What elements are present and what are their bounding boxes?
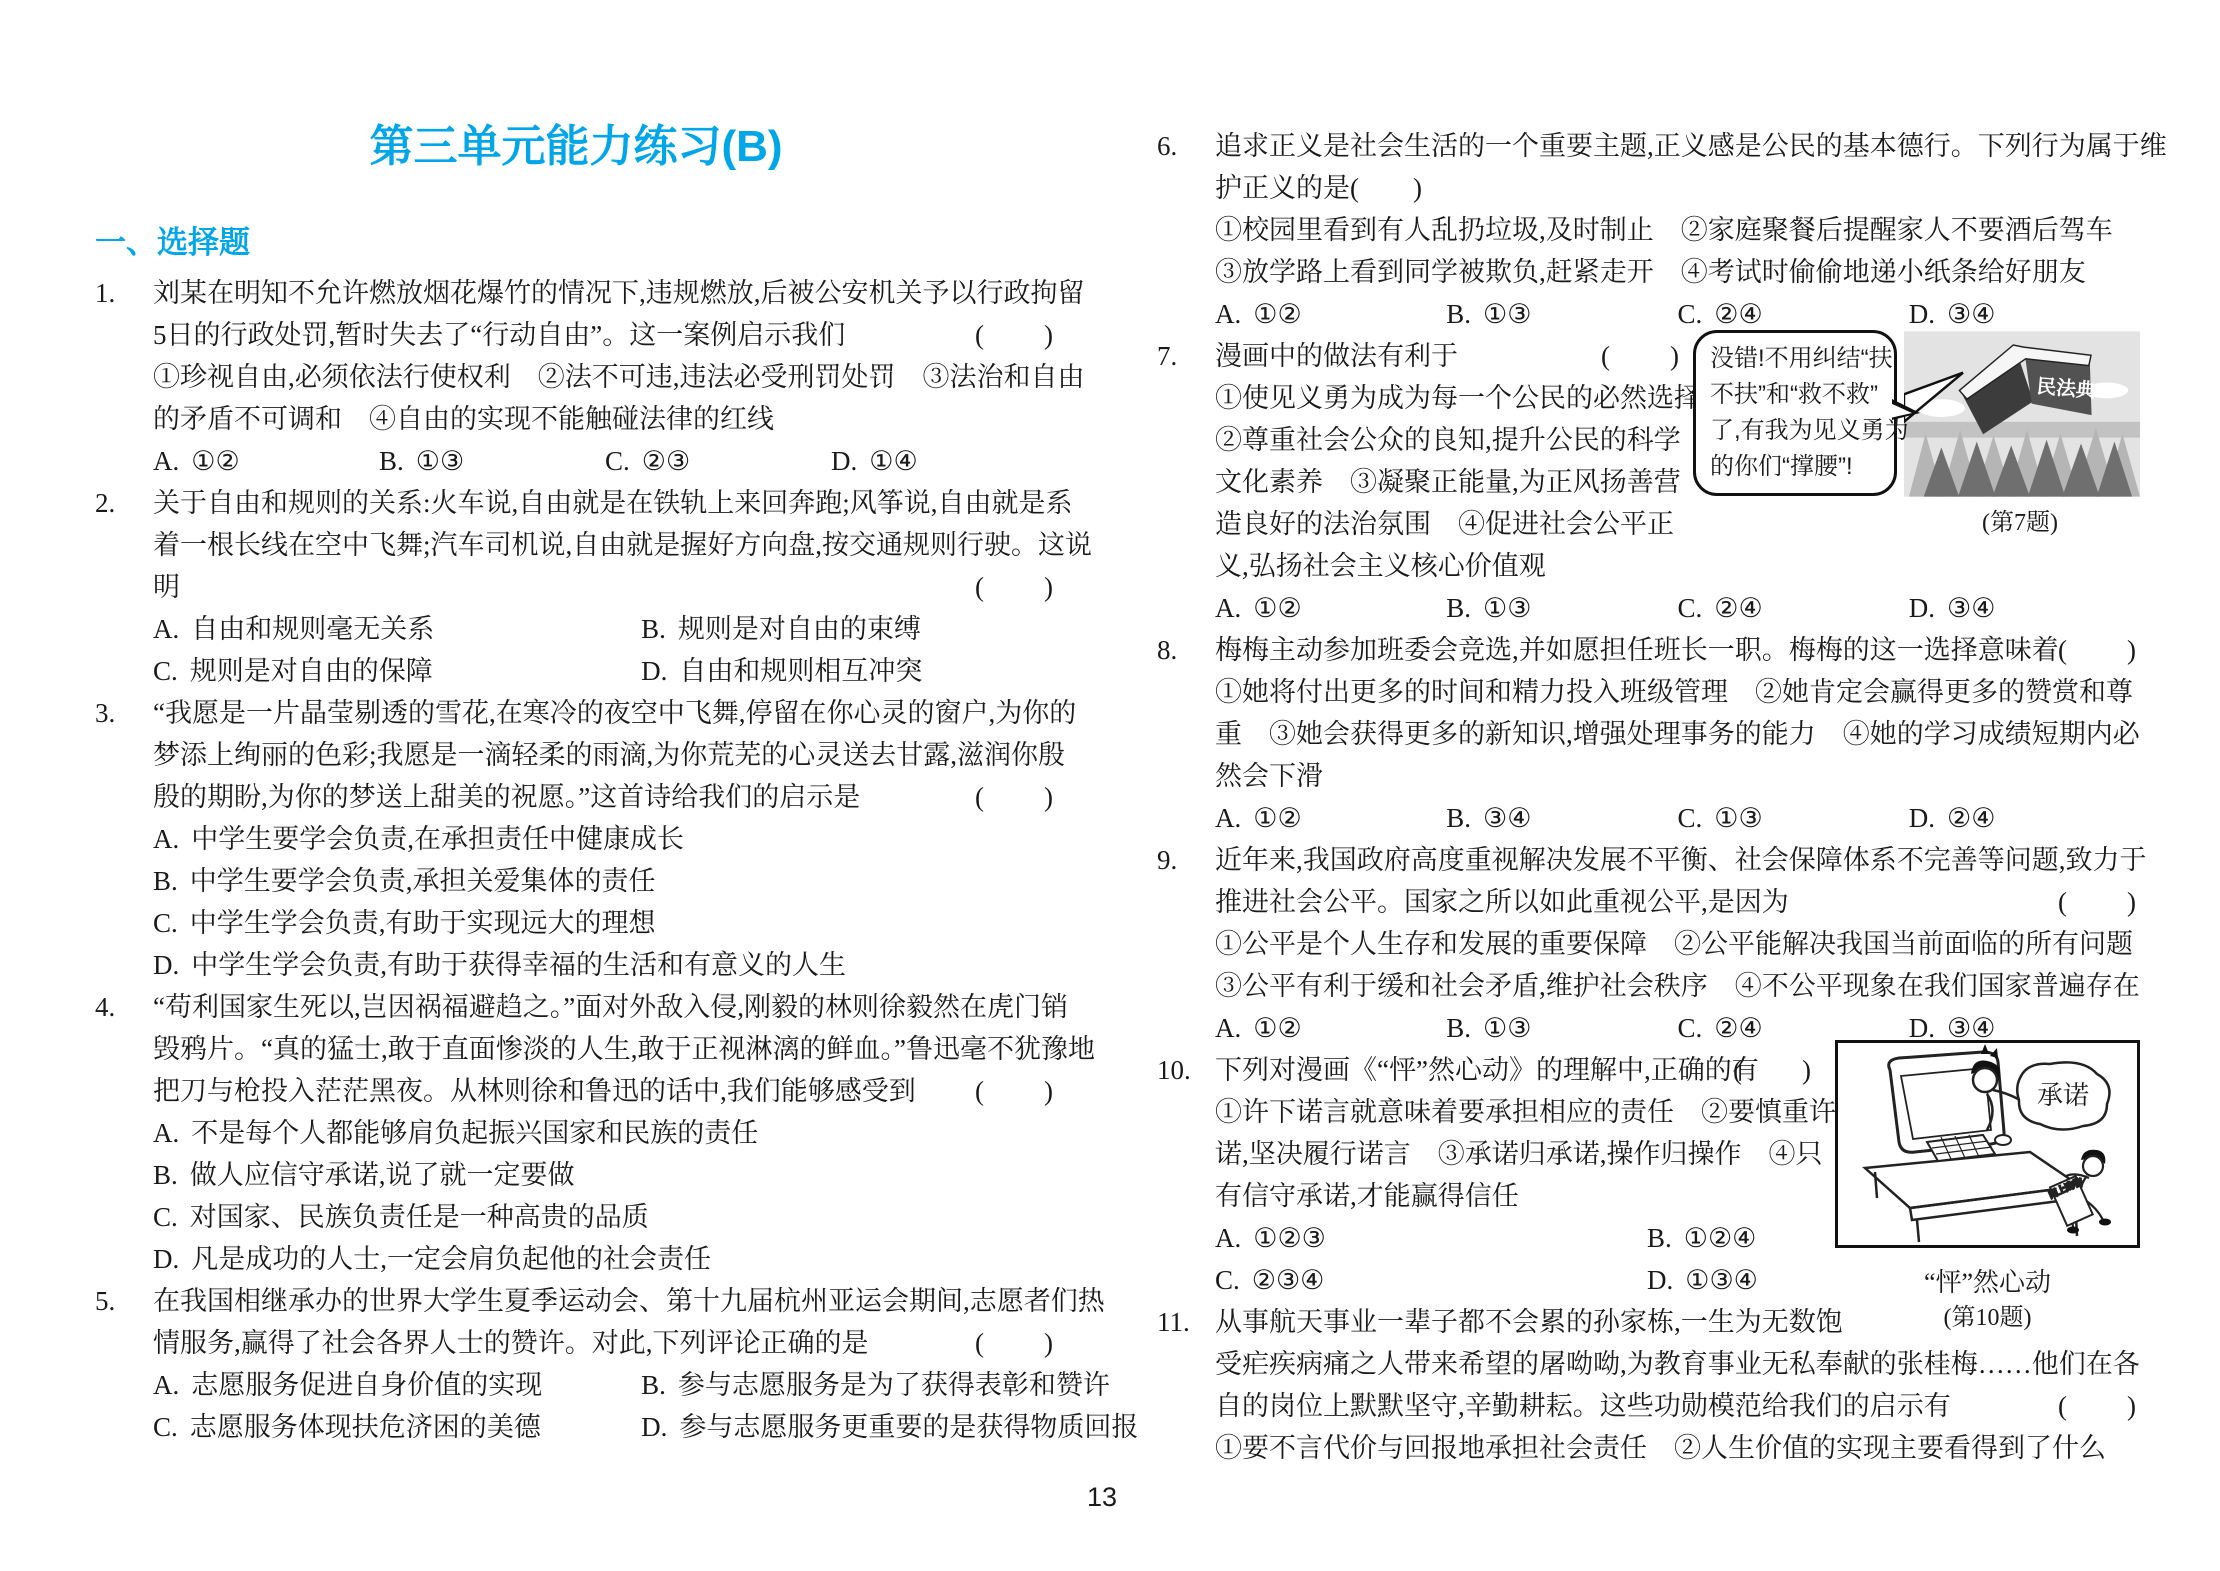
option-text: ①②③ — [1253, 1223, 1326, 1253]
option-text: ①② — [1253, 299, 1301, 329]
option-label: A. — [1215, 593, 1241, 623]
option: B.①②④ — [1647, 1217, 1815, 1259]
promise-label: 承诺 — [2037, 1081, 2089, 1110]
question-number: 1. — [95, 272, 153, 314]
answer-bracket: ( ) — [975, 1070, 1055, 1112]
answer-bracket: ( ) — [2058, 1385, 2138, 1427]
question-text: ①要不言代价与回报地承担社会责任 ②人生价值的实现主要看得到了什么 — [1215, 1433, 2106, 1463]
option: D.①④ — [831, 440, 1057, 482]
question-line: ①要不言代价与回报地承担社会责任 ②人生价值的实现主要看得到了什么 — [1215, 1427, 2140, 1469]
question-text: ③公平有利于缓和社会矛盾,维护社会秩序 ④不公平现象在我们国家普遍存在 — [1215, 971, 2140, 1001]
left-column: 第三单元能力练习(B) 一、选择题 1.刘某在明知不允许燃放烟花爆竹的情况下,违… — [95, 118, 1057, 1448]
option-label: A. — [153, 446, 179, 476]
option: B.①③ — [1446, 1007, 1677, 1049]
question-body: 梅梅主动参加班委会竞选,并如愿担任班长一职。梅梅的这一选择意味着( )①她将付出… — [1215, 629, 2140, 839]
question-text: ①许下诺言就意味着要承担相应的责任 ②要慎重许 — [1215, 1097, 1836, 1127]
question-line: ①她将付出更多的时间和精力投入班级管理 ②她肯定会赢得更多的赞赏和尊 — [1215, 671, 2140, 713]
option-text: ①③ — [1714, 803, 1762, 833]
right-column: 6.追求正义是社会生活的一个重要主题,正义感是公民的基本德行。下列行为属于维护正… — [1157, 125, 2140, 1469]
option: D.③④ — [1909, 587, 2140, 629]
question-number: 4. — [95, 986, 153, 1028]
option-text: 参与志愿服务是为了获得表彰和赞许 — [678, 1370, 1110, 1400]
question-text: ①她将付出更多的时间和精力投入班级管理 ②她肯定会赢得更多的赞赏和尊 — [1215, 677, 2133, 707]
question-text: 漫画中的做法有利于 — [1215, 341, 1458, 371]
question-number: 3. — [95, 692, 153, 734]
question-line: 有信守承诺,才能赢得信任 — [1215, 1175, 1815, 1217]
option-label: A. — [153, 824, 179, 854]
option: A.①② — [1215, 1007, 1446, 1049]
option-label: D. — [641, 1412, 667, 1442]
question-text: 5日的行政处罚,暂时失去了“行动自由”。这一案例启示我们 — [153, 320, 845, 350]
question-line: 下列对漫画《“怦”然心动》的理解中,正确的有( ) — [1215, 1049, 1815, 1091]
option-label: D. — [153, 1244, 179, 1274]
option-text: 规则是对自由的保障 — [190, 656, 433, 686]
option: B.①③ — [1446, 293, 1677, 335]
option: B.①③ — [379, 440, 605, 482]
question-line: 刘某在明知不允许燃放烟花爆竹的情况下,违规燃放,后被公安机关予以行政拘留 — [153, 272, 1057, 314]
options-row: A.①②B.①③C.②④D.③④ — [1215, 293, 2140, 335]
option: A.①② — [153, 440, 379, 482]
option-label: B. — [1446, 299, 1471, 329]
option-label: A. — [1215, 1223, 1241, 1253]
option-text: ①④ — [869, 446, 917, 476]
question: 8.梅梅主动参加班委会竞选,并如愿担任班长一职。梅梅的这一选择意味着( )①她将… — [1157, 629, 2140, 839]
question-line: ①许下诺言就意味着要承担相应的责任 ②要慎重许 — [1215, 1091, 1815, 1133]
question-line: ①珍视自由,必须依法行使权利 ②法不可违,违法必受刑罚处罚 ③法治和自由 — [153, 356, 1057, 398]
question-text: ③放学路上看到同学被欺负,赶紧走开 ④考试时偷偷地递小纸条给好朋友 — [1215, 257, 2086, 287]
question-text: “我愿是一片晶莹剔透的雪花,在寒冷的夜空中飞舞,停留在你心灵的窗户,为你的 — [153, 698, 1076, 728]
question-line: 把刀与枪投入茫茫黑夜。从林则徐和鲁迅的话中,我们能够感受到( ) — [153, 1070, 1057, 1112]
question-line: 护正义的是( ) — [1215, 167, 2140, 209]
option-label: D. — [641, 656, 667, 686]
question-line: 重 ③她会获得更多的新知识,增强处理事务的能力 ④她的学习成绩短期内必 — [1215, 713, 2140, 755]
question-number: 11. — [1157, 1301, 1215, 1343]
question-line: 推进社会公平。国家之所以如此重视公平,是因为( ) — [1215, 881, 2140, 923]
question-text: 着一根长线在空中飞舞;汽车司机说,自由就是握好方向盘,按交通规则行驶。这说 — [153, 530, 1092, 560]
question-number: 7. — [1157, 335, 1215, 377]
option-label: B. — [1446, 593, 1471, 623]
option: A.自由和规则毫无关系 — [153, 608, 641, 650]
question-text: 的矛盾不可调和 ④自由的实现不能触碰法律的红线 — [153, 404, 774, 434]
option: B.中学生要学会负责,承担关爱集体的责任 — [153, 860, 1057, 902]
option-text: 中学生学会负责,有助于获得幸福的生活和有意义的人生 — [191, 950, 846, 980]
question-body: 关于自由和规则的关系:火车说,自由就是在铁轨上来回奔跑;风筝说,自由就是系着一根… — [153, 482, 1057, 692]
option: D.①③④ — [1647, 1259, 1815, 1301]
option-text: ②③④ — [1252, 1265, 1325, 1295]
question-text: 关于自由和规则的关系:火车说,自由就是在铁轨上来回奔跑;风筝说,自由就是系 — [153, 488, 1073, 518]
option-label: A. — [1215, 803, 1241, 833]
option: B.①③ — [1446, 587, 1677, 629]
option-text: ①③④ — [1685, 1265, 1758, 1295]
question-line: ①公平是个人生存和发展的重要保障 ②公平能解决我国当前面临的所有问题 — [1215, 923, 2140, 965]
q7-cartoon-row: 没错!不用纠结“扶 不扶”和“救不救” 了,有我为见义勇为 的你们“撑腰”! — [1693, 330, 2140, 498]
option: C.志愿服务体现扶危济困的美德 — [153, 1406, 641, 1448]
option: D.自由和规则相互冲突 — [641, 650, 1057, 692]
option: C.规则是对自由的保障 — [153, 650, 641, 692]
option-text: ①② — [191, 446, 239, 476]
option-label: A. — [153, 1370, 179, 1400]
option-text: ③④ — [1947, 593, 1995, 623]
bubble-line: 了,有我为见义勇为 — [1710, 413, 1882, 449]
question-text: 刘某在明知不允许燃放烟花爆竹的情况下,违规燃放,后被公安机关予以行政拘留 — [153, 278, 1085, 308]
question-number: 2. — [95, 482, 153, 524]
question-text: 自的岗位上默默坚守,辛勤耕耘。这些功勋模范给我们的启示有 — [1215, 1391, 1951, 1421]
option-text: ①②④ — [1684, 1223, 1757, 1253]
answer-bracket: ( ) — [1733, 1049, 1813, 1091]
question-text: ②尊重社会公众的良知,提升公民的科学 — [1215, 425, 1681, 455]
answer-bracket: ( ) — [975, 1322, 1055, 1364]
bubble-line: 没错!不用纠结“扶 — [1710, 341, 1882, 377]
option-label: C. — [1678, 803, 1703, 833]
question: 6.追求正义是社会生活的一个重要主题,正义感是公民的基本德行。下列行为属于维护正… — [1157, 125, 2140, 335]
option-label: D. — [1909, 593, 1935, 623]
option: D.中学生学会负责,有助于获得幸福的生活和有意义的人生 — [153, 944, 1057, 986]
option-label: C. — [1678, 299, 1703, 329]
option: D.凡是成功的人士,一定会肩负起他的社会责任 — [153, 1238, 1057, 1280]
question-line: 文化素养 ③凝聚正能量,为正风扬善营 — [1215, 461, 1683, 503]
question-text: 情服务,赢得了社会各界人士的赞许。对此,下列评论正确的是 — [153, 1328, 869, 1358]
civil-code-book-illustration: 民法典 — [1904, 330, 2140, 498]
option-label: C. — [153, 1202, 178, 1232]
question-line: 情服务,赢得了社会各界人士的赞许。对此,下列评论正确的是( ) — [153, 1322, 1057, 1364]
question-line: “苟利国家生死以,岂因祸福避趋之。”面对外敌入侵,刚毅的林则徐毅然在虎门销 — [153, 986, 1057, 1028]
question-line: 梦添上绚丽的色彩;我愿是一滴轻柔的雨滴,为你荒芜的心灵送去甘露,滋润你殷 — [153, 734, 1057, 776]
question-text: 在我国相继承办的世界大学生夏季运动会、第十九届杭州亚运会期间,志愿者们热 — [153, 1286, 1105, 1316]
question-line: 的矛盾不可调和 ④自由的实现不能触碰法律的红线 — [153, 398, 1057, 440]
option: D.③④ — [1909, 293, 2140, 335]
option-text: 中学生要学会负责,在承担责任中健康成长 — [191, 824, 684, 854]
question-text: 梦添上绚丽的色彩;我愿是一滴轻柔的雨滴,为你荒芜的心灵送去甘露,滋润你殷 — [153, 740, 1065, 770]
question-text: 从事航天事业一辈子都不会累的孙家栋,一生为无数饱 — [1215, 1307, 1843, 1337]
question-number: 10. — [1157, 1049, 1215, 1091]
question: 3.“我愿是一片晶莹剔透的雪花,在寒冷的夜空中飞舞,停留在你心灵的窗户,为你的梦… — [95, 692, 1057, 986]
option-text: ③④ — [1483, 803, 1531, 833]
option-text: ②④ — [1714, 299, 1762, 329]
option-label: D. — [153, 950, 179, 980]
question-text: ①校园里看到有人乱扔垃圾,及时制止 ②家庭聚餐后提醒家人不要酒后驾车 — [1215, 215, 2113, 245]
promise-cartoon-illustration: 承诺 网上购物 — [1835, 1040, 2140, 1248]
question: 4.“苟利国家生死以,岂因祸福避趋之。”面对外敌入侵,刚毅的林则徐毅然在虎门销毁… — [95, 986, 1057, 1280]
question-body: 在我国相继承办的世界大学生夏季运动会、第十九届杭州亚运会期间,志愿者们热情服务,… — [153, 1280, 1057, 1448]
question-line: 毁鸦片。“真的猛士,敢于直面惨淡的人生,敢于正视淋漓的鲜血。”鲁迅毫不犹豫地 — [153, 1028, 1057, 1070]
option-text: 对国家、民族负责任是一种高贵的品质 — [190, 1202, 649, 1232]
answer-bracket: ( ) — [1601, 335, 1681, 377]
question-line: “我愿是一片晶莹剔透的雪花,在寒冷的夜空中飞舞,停留在你心灵的窗户,为你的 — [153, 692, 1057, 734]
question-line: 关于自由和规则的关系:火车说,自由就是在铁轨上来回奔跑;风筝说,自由就是系 — [153, 482, 1057, 524]
question-body: 刘某在明知不允许燃放烟花爆竹的情况下,违规燃放,后被公安机关予以行政拘留5日的行… — [153, 272, 1057, 482]
option-label: A. — [1215, 1013, 1241, 1043]
promise-bubble-icon: 承诺 — [2017, 1062, 2109, 1129]
option-text: ②④ — [1714, 1013, 1762, 1043]
question-text: ①使见义勇为成为每一个公民的必然选择 — [1215, 383, 1701, 413]
question-line: 造良好的法治氛围 ④促进社会公平正 — [1215, 503, 1683, 545]
option-text: 中学生学会负责,有助于实现远大的理想 — [190, 908, 656, 938]
option: A.①② — [1215, 293, 1446, 335]
option-text: 自由和规则毫无关系 — [191, 614, 434, 644]
option: C.②③④ — [1215, 1259, 1647, 1301]
option-text: 参与志愿服务更重要的是获得物质回报 — [679, 1412, 1138, 1442]
question-text: 诺,坚决履行诺言 ③承诺归承诺,操作归操作 ④只 — [1215, 1139, 1823, 1169]
question: 2.关于自由和规则的关系:火车说,自由就是在铁轨上来回奔跑;风筝说,自由就是系着… — [95, 482, 1057, 692]
option-label: D. — [1909, 803, 1935, 833]
option-text: ②④ — [1714, 593, 1762, 623]
question-number: 9. — [1157, 839, 1215, 881]
question-line: ③公平有利于缓和社会矛盾,维护社会秩序 ④不公平现象在我们国家普遍存在 — [1215, 965, 2140, 1007]
option-text: ①③ — [1483, 593, 1531, 623]
option: C.②④ — [1678, 587, 1909, 629]
question-text: 毁鸦片。“真的猛士,敢于直面惨淡的人生,敢于正视淋漓的鲜血。”鲁迅毫不犹豫地 — [153, 1034, 1095, 1064]
option-label: D. — [1909, 1013, 1935, 1043]
question-line: 自的岗位上默默坚守,辛勤耕耘。这些功勋模范给我们的启示有( ) — [1215, 1385, 2140, 1427]
option: A.志愿服务促进自身价值的实现 — [153, 1364, 641, 1406]
option-label: B. — [1647, 1223, 1672, 1253]
option-label: B. — [641, 1370, 666, 1400]
option: A.中学生要学会负责,在承担责任中健康成长 — [153, 818, 1057, 860]
question-line: 诺,坚决履行诺言 ③承诺归承诺,操作归操作 ④只 — [1215, 1133, 1815, 1175]
bubble-line: 不扶”和“救不救” — [1710, 377, 1882, 413]
question-line: 明( ) — [153, 566, 1057, 608]
question-text: 梅梅主动参加班委会竞选,并如愿担任班长一职。梅梅的这一选择意味着 — [1215, 635, 2059, 665]
option: C.②③ — [605, 440, 831, 482]
question-text: 有信守承诺,才能赢得信任 — [1215, 1181, 1519, 1211]
option-text: ①② — [1253, 593, 1301, 623]
question-line: 从事航天事业一辈子都不会累的孙家栋,一生为无数饱 — [1215, 1301, 1815, 1343]
question-line: 受疟疾病痛之人带来希望的屠呦呦,为教育事业无私奉献的张桂梅……他们在各 — [1215, 1343, 2140, 1385]
option-label: A. — [153, 614, 179, 644]
option: A.①② — [1215, 797, 1446, 839]
option-text: 规则是对自由的束缚 — [678, 614, 921, 644]
option-text: ②③ — [642, 446, 690, 476]
question-text: 文化素养 ③凝聚正能量,为正风扬善营 — [1215, 467, 1681, 497]
option: A.①② — [1215, 587, 1446, 629]
option-label: B. — [153, 1160, 178, 1190]
option-text: ①② — [1253, 1013, 1301, 1043]
question-body: “苟利国家生死以,岂因祸福避趋之。”面对外敌入侵,刚毅的林则徐毅然在虎门销毁鸦片… — [153, 986, 1057, 1280]
question-number: 6. — [1157, 125, 1215, 167]
options-row: A.①②B.①③C.②③D.①④ — [153, 440, 1057, 482]
q10-figure-title: “怦”然心动 — [1835, 1265, 2140, 1301]
option-text: ③④ — [1947, 299, 1995, 329]
option: A.①②③ — [1215, 1217, 1647, 1259]
option-label: A. — [153, 1118, 179, 1148]
option-label: D. — [1647, 1265, 1673, 1295]
page-number: 13 — [1062, 1482, 1142, 1513]
option: B.③④ — [1446, 797, 1677, 839]
option-label: B. — [1446, 803, 1471, 833]
question-text: 追求正义是社会生活的一个重要主题,正义感是公民的基本德行。下列行为属于维 — [1215, 131, 2167, 161]
options-row: A.①②③B.①②④C.②③④D.①③④ — [1215, 1217, 1815, 1301]
option-label: C. — [605, 446, 630, 476]
question-number: 5. — [95, 1280, 153, 1322]
option-label: C. — [1678, 1013, 1703, 1043]
option: C.中学生学会负责,有助于实现远大的理想 — [153, 902, 1057, 944]
options-row: A.自由和规则毫无关系B.规则是对自由的束缚C.规则是对自由的保障D.自由和规则… — [153, 608, 1057, 692]
question-text: 殷的期盼,为你的梦送上甜美的祝愿。”这首诗给我们的启示是 — [153, 782, 860, 812]
question-line: 近年来,我国政府高度重视解决发展不平衡、社会保障体系不完善等问题,致力于 — [1215, 839, 2140, 881]
option: B.参与志愿服务是为了获得表彰和赞许 — [641, 1364, 1057, 1406]
answer-bracket: ( ) — [2058, 629, 2138, 671]
q10-cartoon-figure: 承诺 网上购物 — [1835, 1040, 2140, 1335]
question-line: 着一根长线在空中飞舞;汽车司机说,自由就是握好方向盘,按交通规则行驶。这说 — [153, 524, 1057, 566]
question-text: 把刀与枪投入茫茫黑夜。从林则徐和鲁迅的话中,我们能够感受到 — [153, 1076, 916, 1106]
question-text: 重 ③她会获得更多的新知识,增强处理事务的能力 ④她的学习成绩短期内必 — [1215, 719, 2140, 749]
question-text: 受疟疾病痛之人带来希望的屠呦呦,为教育事业无私奉献的张桂梅……他们在各 — [1215, 1349, 2140, 1379]
option-text: ①③ — [1483, 299, 1531, 329]
question: 1.刘某在明知不允许燃放烟花爆竹的情况下,违规燃放,后被公安机关予以行政拘留5日… — [95, 272, 1057, 482]
option-text: ①③ — [1483, 1013, 1531, 1043]
page-title: 第三单元能力练习(B) — [95, 118, 1057, 176]
option-label: C. — [153, 656, 178, 686]
question-body: “我愿是一片晶莹剔透的雪花,在寒冷的夜空中飞舞,停留在你心灵的窗户,为你的梦添上… — [153, 692, 1057, 986]
option-label: B. — [153, 866, 178, 896]
option-label: A. — [1215, 299, 1241, 329]
option-label: C. — [1678, 593, 1703, 623]
option: B.规则是对自由的束缚 — [641, 608, 1057, 650]
option: D.②④ — [1909, 797, 2140, 839]
option: B.做人应信守承诺,说了就一定要做 — [153, 1154, 1057, 1196]
option-label: C. — [153, 1412, 178, 1442]
question-text: 造良好的法治氛围 ④促进社会公平正 — [1215, 509, 1674, 539]
q7-figure-caption: (第7题) — [1900, 506, 2140, 540]
question-line: 然会下滑 — [1215, 755, 2140, 797]
option: C.对国家、民族负责任是一种高贵的品质 — [153, 1196, 1057, 1238]
option-label: C. — [153, 908, 178, 938]
option: D.参与志愿服务更重要的是获得物质回报 — [641, 1406, 1057, 1448]
answer-bracket: ( ) — [975, 776, 1055, 818]
option-text: 不是每个人都能够肩负起振兴国家和民族的责任 — [191, 1118, 758, 1148]
question-line: 追求正义是社会生活的一个重要主题,正义感是公民的基本德行。下列行为属于维 — [1215, 125, 2140, 167]
left-question-list: 1.刘某在明知不允许燃放烟花爆竹的情况下,违规燃放,后被公安机关予以行政拘留5日… — [95, 272, 1057, 1448]
option: C.②④ — [1678, 293, 1909, 335]
options-row: A.①②B.①③C.②④D.③④ — [1215, 587, 2140, 629]
question-text: 义,弘扬社会主义核心价值观 — [1215, 551, 1546, 581]
question-text: ①珍视自由,必须依法行使权利 ②法不可违,违法必受刑罚处罚 ③法治和自由 — [153, 362, 1085, 392]
option-text: 志愿服务体现扶危济困的美德 — [190, 1412, 541, 1442]
option-text: ①② — [1253, 803, 1301, 833]
option-text: 做人应信守承诺,说了就一定要做 — [190, 1160, 575, 1190]
option-text: 中学生要学会负责,承担关爱集体的责任 — [190, 866, 656, 896]
options-row: A.①②B.③④C.①③D.②④ — [1215, 797, 2140, 839]
q7-cartoon-figure: 没错!不用纠结“扶 不扶”和“救不救” 了,有我为见义勇为 的你们“撑腰”! — [1693, 330, 2140, 540]
question-text: 护正义的是( ) — [1215, 173, 1422, 203]
option-text: ①③ — [416, 446, 464, 476]
question-text: 明 — [153, 572, 180, 602]
option-label: B. — [1446, 1013, 1471, 1043]
question-line: 义,弘扬社会主义核心价值观 — [1215, 545, 2140, 587]
question-line: ①使见义勇为成为每一个公民的必然选择 — [1215, 377, 1683, 419]
bubble-line: 的你们“撑腰”! — [1710, 449, 1882, 485]
question-text: “苟利国家生死以,岂因祸福避趋之。”面对外敌入侵,刚毅的林则徐毅然在虎门销 — [153, 992, 1068, 1022]
question-line: 梅梅主动参加班委会竞选,并如愿担任班长一职。梅梅的这一选择意味着( ) — [1215, 629, 2140, 671]
question-text: 下列对漫画《“怦”然心动》的理解中,正确的有 — [1215, 1055, 1759, 1085]
question-line: ②尊重社会公众的良知,提升公民的科学 — [1215, 419, 1683, 461]
option-text: ③④ — [1947, 1013, 1995, 1043]
option-text: ②④ — [1947, 803, 1995, 833]
question: 5.在我国相继承办的世界大学生夏季运动会、第十九届杭州亚运会期间,志愿者们热情服… — [95, 1280, 1057, 1448]
question-line: 在我国相继承办的世界大学生夏季运动会、第十九届杭州亚运会期间,志愿者们热 — [153, 1280, 1057, 1322]
question-line: ①校园里看到有人乱扔垃圾,及时制止 ②家庭聚餐后提醒家人不要酒后驾车 — [1215, 209, 2140, 251]
question-text: 推进社会公平。国家之所以如此重视公平,是因为 — [1215, 887, 1789, 917]
q10-figure-caption: (第10题) — [1835, 1301, 2140, 1335]
option: A.不是每个人都能够肩负起振兴国家和民族的责任 — [153, 1112, 1057, 1154]
answer-bracket: ( ) — [975, 314, 1055, 356]
option-text: 凡是成功的人士,一定会肩负起他的社会责任 — [191, 1244, 711, 1274]
answer-bracket: ( ) — [2058, 881, 2138, 923]
option-text: 志愿服务促进自身价值的实现 — [191, 1370, 542, 1400]
options-row: A.志愿服务促进自身价值的实现B.参与志愿服务是为了获得表彰和赞许C.志愿服务体… — [153, 1364, 1057, 1448]
question-line: 漫画中的做法有利于( ) — [1215, 335, 1683, 377]
question-text: ①公平是个人生存和发展的重要保障 ②公平能解决我国当前面临的所有问题 — [1215, 929, 2133, 959]
question-body: 追求正义是社会生活的一个重要主题,正义感是公民的基本德行。下列行为属于维护正义的… — [1215, 125, 2140, 335]
option-label: C. — [1215, 1265, 1240, 1295]
option: C.①③ — [1678, 797, 1909, 839]
question-line: ③放学路上看到同学被欺负,赶紧走开 ④考试时偷偷地递小纸条给好朋友 — [1215, 251, 2140, 293]
question-text: 然会下滑 — [1215, 761, 1323, 791]
option-label: D. — [1909, 299, 1935, 329]
question-line: 殷的期盼,为你的梦送上甜美的祝愿。”这首诗给我们的启示是( ) — [153, 776, 1057, 818]
option-label: B. — [379, 446, 404, 476]
option-text: 自由和规则相互冲突 — [679, 656, 922, 686]
question-body: 近年来,我国政府高度重视解决发展不平衡、社会保障体系不完善等问题,致力于推进社会… — [1215, 839, 2140, 1049]
question-line: 5日的行政处罚,暂时失去了“行动自由”。这一案例启示我们( ) — [153, 314, 1057, 356]
section-heading: 一、选择题 — [95, 222, 1057, 264]
question-number: 8. — [1157, 629, 1215, 671]
answer-bracket: ( ) — [975, 566, 1055, 608]
question: 9.近年来,我国政府高度重视解决发展不平衡、社会保障体系不完善等问题,致力于推进… — [1157, 839, 2140, 1049]
option-label: D. — [831, 446, 857, 476]
question-text: 近年来,我国政府高度重视解决发展不平衡、社会保障体系不完善等问题,致力于 — [1215, 845, 2147, 875]
exam-page: 第三单元能力练习(B) 一、选择题 1.刘某在明知不允许燃放烟花爆竹的情况下,违… — [0, 0, 2220, 1571]
speech-bubble: 没错!不用纠结“扶 不扶”和“救不救” 了,有我为见义勇为 的你们“撑腰”! — [1693, 330, 1897, 496]
option-label: B. — [641, 614, 666, 644]
